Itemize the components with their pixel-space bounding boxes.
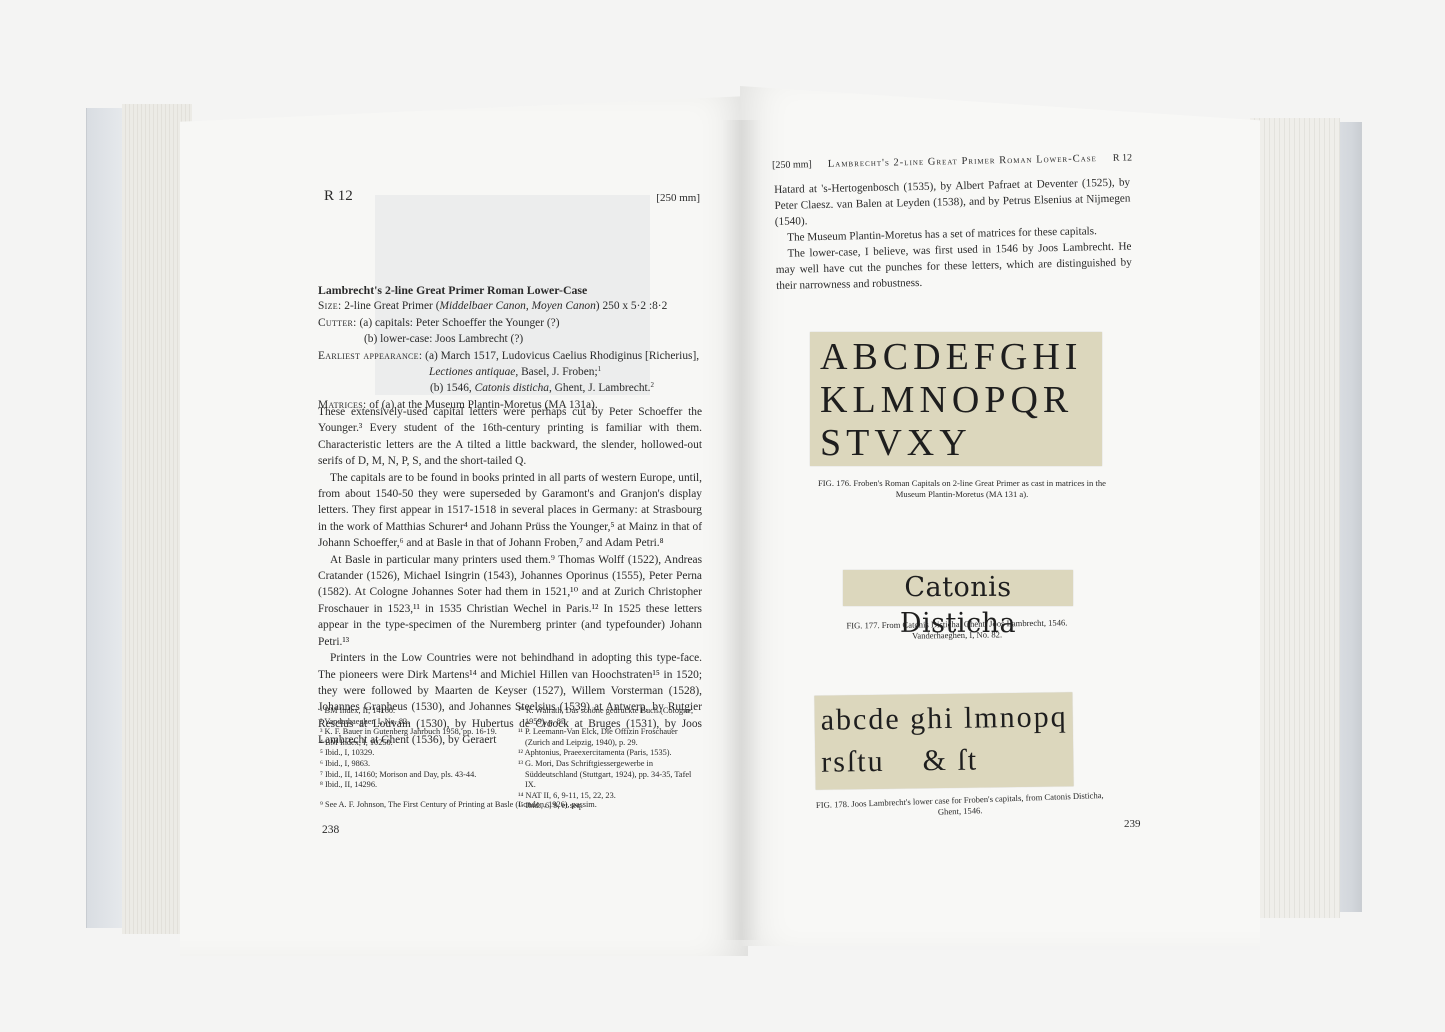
entry-title: Lambrecht's 2-line Great Primer Roman Lo…: [318, 282, 702, 298]
footnote: ² Vanderhaeghen I, No. 82.: [320, 717, 504, 728]
footnote-wide: ⁹ See A. F. Johnson, The First Century o…: [320, 800, 597, 809]
paragraph: The lower-case, I believe, was first use…: [775, 239, 1132, 294]
paragraph: The capitals are to be found in books pr…: [318, 470, 702, 552]
size-mark: [250 mm]: [772, 159, 812, 171]
specimen-row: STVXY: [820, 422, 1092, 465]
paragraph: At Basle in particular many printers use…: [318, 552, 702, 650]
entry-header: Lambrecht's 2-line Great Primer Roman Lo…: [318, 282, 702, 413]
body-text: These extensively-used capital letters w…: [318, 404, 702, 749]
size-text: 2-line Great Primer (: [341, 300, 439, 312]
footnote: ¹ BM Index, II, 14160.: [320, 706, 504, 717]
earliest-b: (b) 1546, Catonis disticha, Ghent, J. La…: [318, 380, 702, 396]
footnote: ⁴ BM Index, I, 10250.: [320, 738, 504, 749]
specimen-row: KLMNOPQR: [820, 379, 1092, 422]
footnote: ¹² Aphtonius, Praeexercitamenta (Paris, …: [518, 748, 702, 759]
footnote: ³ K. F. Bauer in Gutenberg Jahrbuch 1958…: [320, 727, 504, 738]
figure-177-specimen: Catonis Disticha: [843, 570, 1073, 606]
footnotes-col-2: ¹⁰ R. Walrath, Das schöne gedruckte Buch…: [518, 706, 702, 812]
cutter-line: Cutter: (a) capitals: Peter Schoeffer th…: [318, 315, 702, 331]
page-number-left: 238: [322, 824, 339, 836]
figure-176-caption: FIG. 176. Froben's Roman Capitals on 2-l…: [812, 478, 1112, 500]
page-edges-right: [1250, 118, 1340, 918]
right-body-text: Hatard at 's-Hertogenbosch (1535), by Al…: [774, 175, 1132, 294]
figure-178-lowercase: abcde ghi lmnopq rsſtu & ſt: [814, 692, 1073, 790]
footnote: ¹¹ P. Leemann-Van Elck, Die Offizin Fros…: [518, 727, 702, 748]
cutter-b: (b) lower-case: Joos Lambrecht (?): [318, 331, 702, 347]
footnote: ⁵ Ibid., I, 10329.: [320, 748, 504, 759]
earliest-a: (a) March 1517, Ludovicus Caelius Rhodig…: [422, 350, 699, 362]
earliest-label: Earliest appearance:: [318, 350, 422, 362]
size-tail: ) 250 x 5·2 :8·2: [596, 300, 668, 312]
footnotes-col-1: ¹ BM Index, II, 14160. ² Vanderhaeghen I…: [320, 706, 504, 812]
section-number: R 12: [324, 188, 353, 205]
footnotes: ¹ BM Index, II, 14160. ² Vanderhaeghen I…: [320, 706, 702, 812]
left-running-head: R 12 [250 mm]: [324, 188, 700, 205]
footnote: ⁷ Ibid., II, 14160; Morison and Day, pls…: [320, 770, 504, 781]
footnote: ¹³ G. Mori, Das Schriftgiessergewerbe in…: [518, 759, 702, 791]
specimen-row: rsſtu & ſt: [821, 738, 1068, 783]
cutter-a: (a) capitals: Peter Schoeffer the Younge…: [357, 317, 560, 329]
open-book-photo: R 12 [250 mm] Lambrecht's 2-line Great P…: [0, 0, 1445, 1032]
earliest-line: Earliest appearance: (a) March 1517, Lud…: [318, 348, 702, 364]
footnote-ref: 2: [651, 381, 655, 389]
figure-176-capitals: ABCDEFGHI KLMNOPQR STVXY: [810, 332, 1102, 466]
footnote: ¹⁰ R. Walrath, Das schöne gedruckte Buch…: [518, 706, 702, 727]
earliest-b-tail: , Ghent, J. Lambrecht.: [549, 382, 651, 394]
earliest-a2-italic: Lectiones antiquae: [429, 366, 515, 378]
paragraph: These extensively-used capital letters w…: [318, 404, 702, 470]
size-line: Size: 2-line Great Primer (Middelbaer Ca…: [318, 298, 702, 314]
size-mark: [250 mm]: [656, 192, 700, 205]
footnote: ⁶ Ibid., I, 9863.: [320, 759, 504, 770]
cutter-label: Cutter:: [318, 317, 357, 329]
paragraph: Hatard at 's-Hertogenbosch (1535), by Al…: [774, 175, 1131, 230]
specimen-row: ABCDEFGHI: [820, 336, 1092, 379]
page-number-right: 239: [1124, 818, 1141, 830]
earliest-b-italic: Catonis disticha: [475, 382, 549, 394]
section-number: R 12: [1113, 152, 1132, 163]
size-label: Size:: [318, 300, 341, 312]
earliest-a2: Lectiones antiquae, Basel, J. Froben;1: [318, 364, 702, 380]
earliest-b-head: (b) 1546,: [430, 382, 475, 394]
book-gutter: [722, 120, 762, 940]
size-italic: Middelbaer Canon, Moyen Canon: [440, 300, 596, 312]
figure-177-caption: FIG. 177. From Catonis Disticha, Ghent, …: [822, 617, 1092, 643]
footnote: ⁸ Ibid., II, 14296.: [320, 780, 504, 791]
specimen-row: abcde ghi lmnopq: [820, 696, 1067, 741]
footnote-ref: 1: [598, 365, 602, 373]
earliest-a2-tail: , Basel, J. Froben;: [515, 366, 597, 378]
